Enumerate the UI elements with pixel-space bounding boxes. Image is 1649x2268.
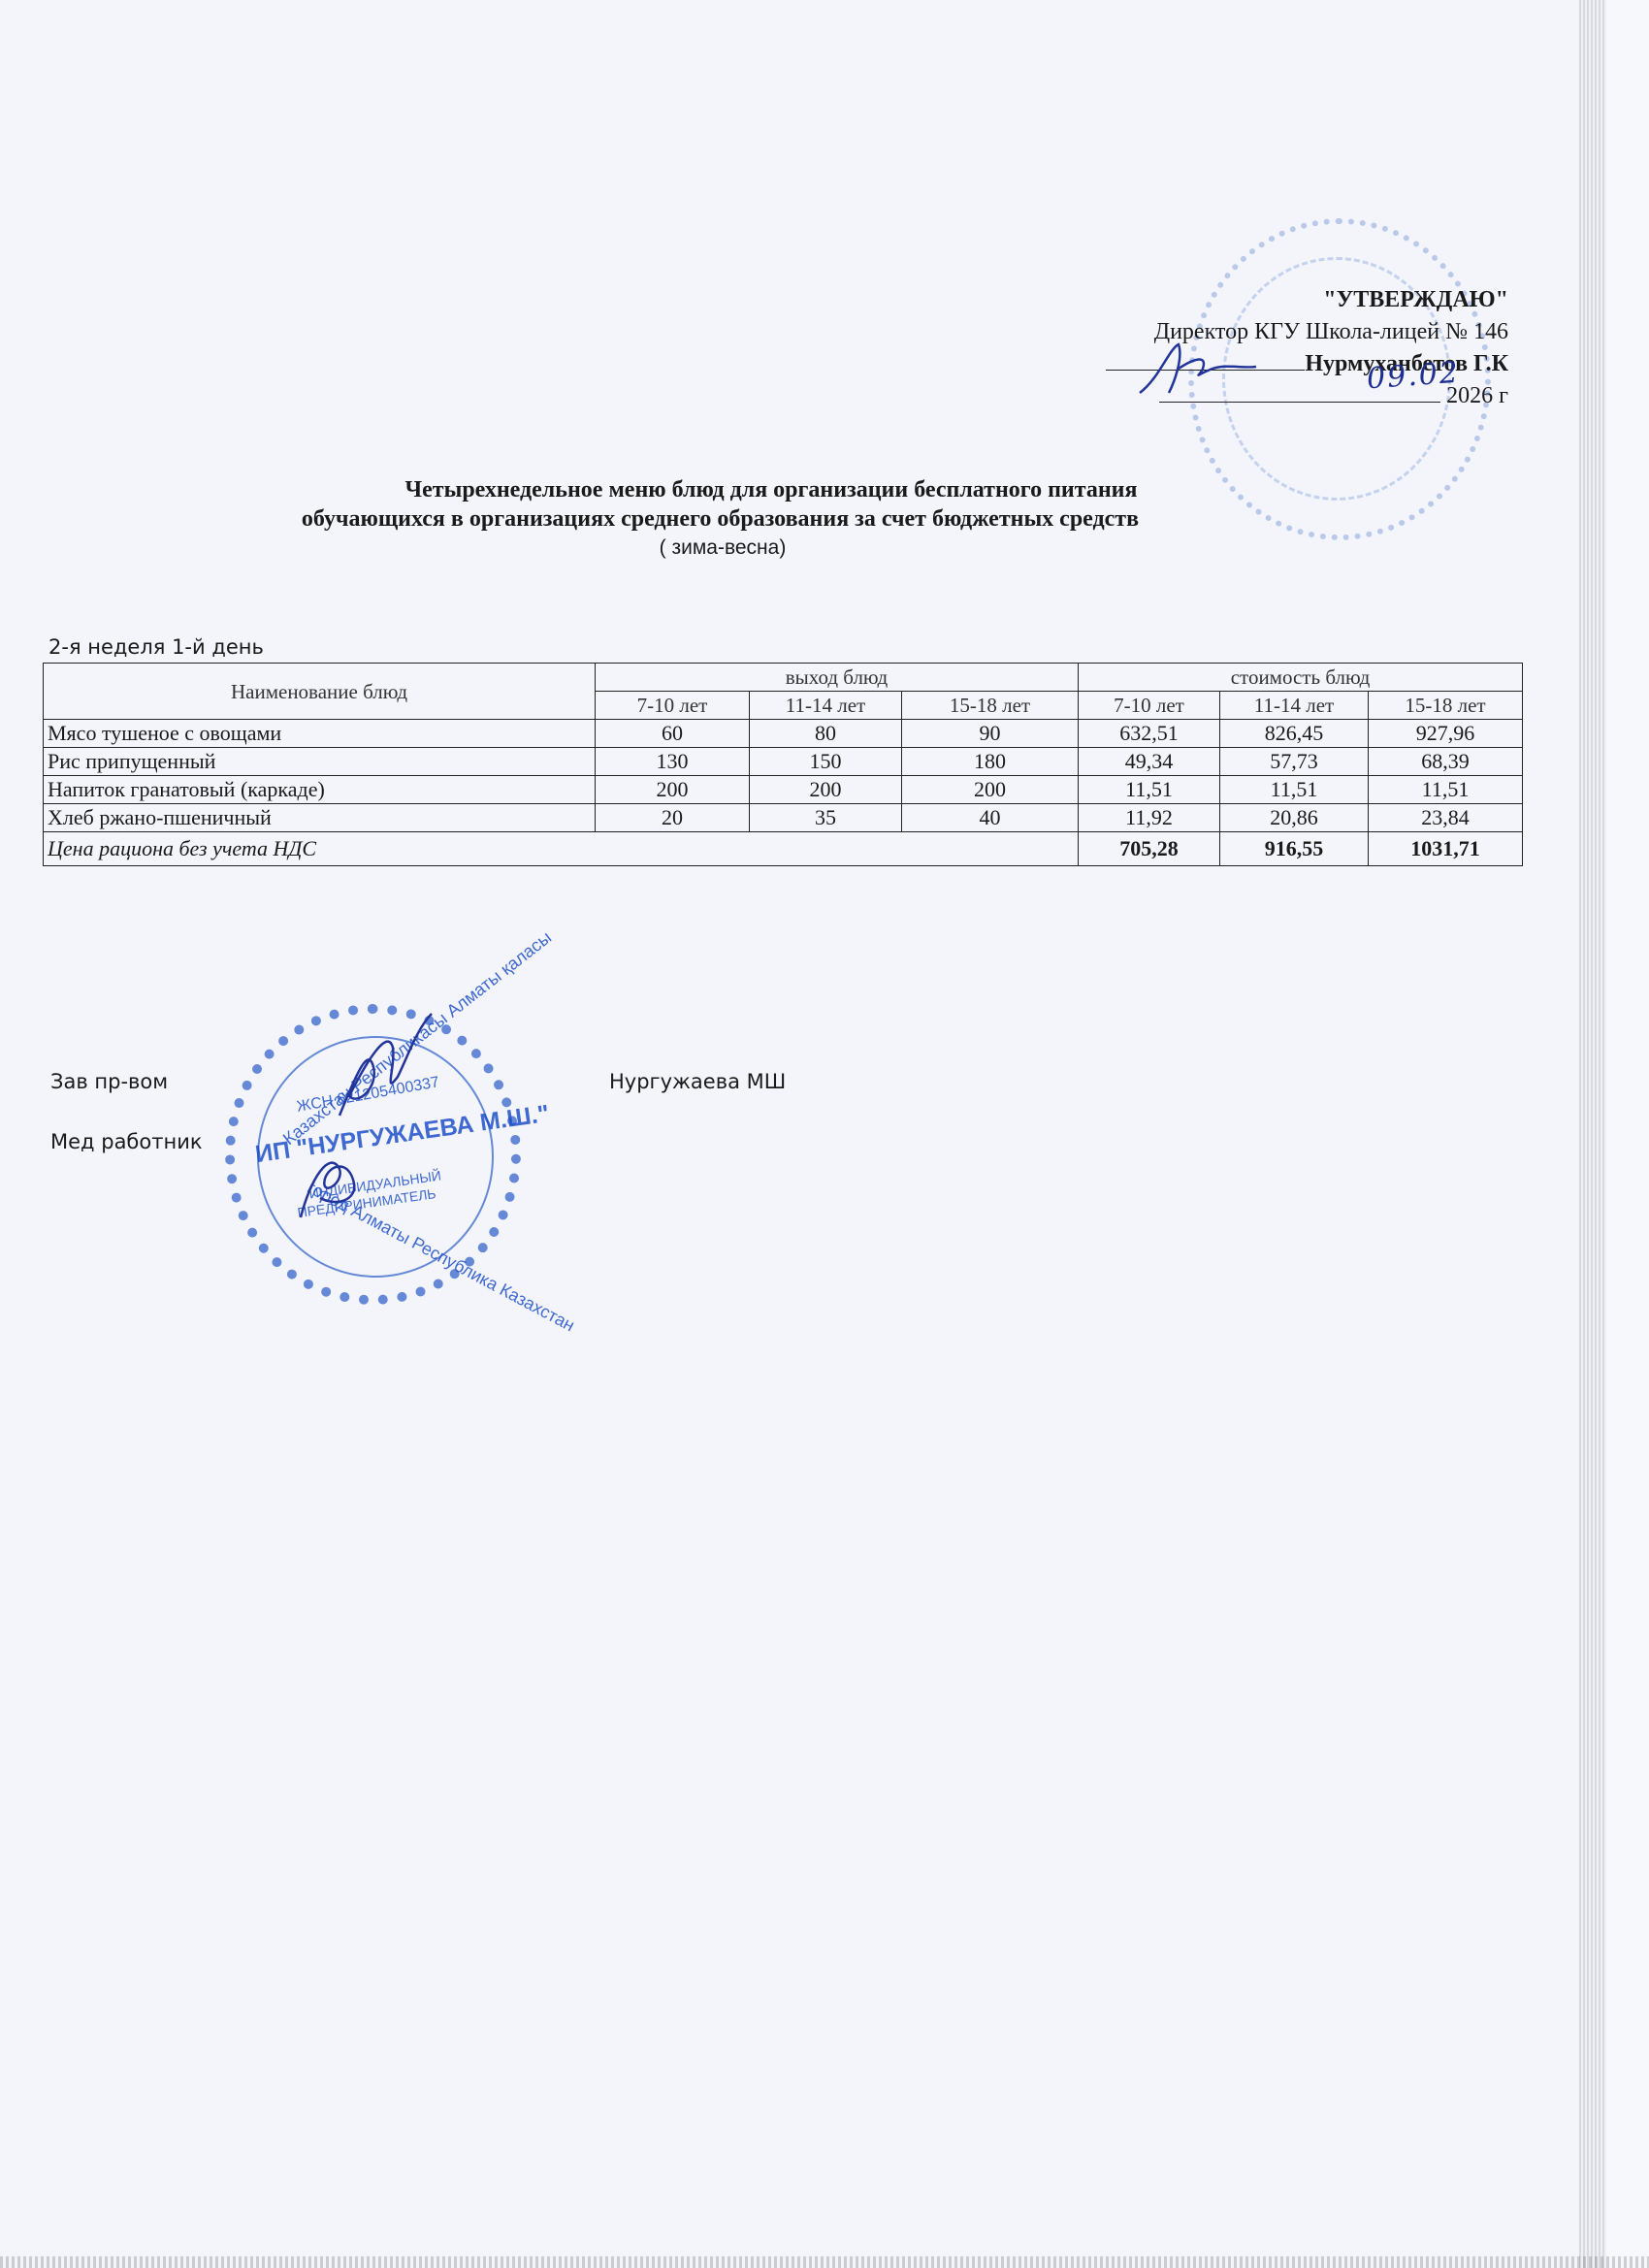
medic-signature-icon <box>291 1140 369 1227</box>
menu-table: Наименование блюд выход блюд стоимость б… <box>43 663 1523 866</box>
yield-cell: 60 <box>596 720 750 748</box>
table-row: Хлеб ржано-пшеничный20354011,9220,8623,8… <box>44 804 1523 832</box>
dish-name: Рис припущенный <box>44 748 596 776</box>
yield-cell: 80 <box>750 720 902 748</box>
yield-cell: 20 <box>596 804 750 832</box>
yield-cell: 200 <box>902 776 1079 804</box>
dish-name: Напиток гранатовый (каркаде) <box>44 776 596 804</box>
manager-signature-icon <box>320 1009 436 1135</box>
season-label: ( зима-весна) <box>0 534 1649 563</box>
cost-cell: 57,73 <box>1220 748 1369 776</box>
cost-cell: 23,84 <box>1369 804 1523 832</box>
title-line-1: Четырехнедельное меню блюд для организац… <box>0 475 1649 504</box>
total-cost-cell: 705,28 <box>1079 832 1220 866</box>
total-cost-cell: 916,55 <box>1220 832 1369 866</box>
document-title: Четырехнедельное меню блюд для организац… <box>0 475 1649 563</box>
table-row: Мясо тушеное с овощами608090632,51826,45… <box>44 720 1523 748</box>
total-cost-cell: 1031,71 <box>1369 832 1523 866</box>
table-row: Напиток гранатовый (каркаде)20020020011,… <box>44 776 1523 804</box>
header-cost-age: 11-14 лет <box>1220 692 1369 720</box>
footer-name-manager: Нургужаева МШ <box>609 1070 786 1093</box>
table-row: Рис припущенный13015018049,3457,7368,39 <box>44 748 1523 776</box>
yield-cell: 130 <box>596 748 750 776</box>
header-yield-age: 15-18 лет <box>902 692 1079 720</box>
yield-cell: 40 <box>902 804 1079 832</box>
yield-cell: 35 <box>750 804 902 832</box>
yield-cell: 180 <box>902 748 1079 776</box>
cost-cell: 49,34 <box>1079 748 1220 776</box>
cost-cell: 11,51 <box>1079 776 1220 804</box>
header-cost: стоимость блюд <box>1079 664 1523 692</box>
cost-cell: 826,45 <box>1220 720 1369 748</box>
footer-role-manager: Зав пр-вом <box>50 1070 168 1093</box>
yield-cell: 200 <box>596 776 750 804</box>
header-yield-age: 7-10 лет <box>596 692 750 720</box>
cost-cell: 11,51 <box>1369 776 1523 804</box>
yield-cell: 90 <box>902 720 1079 748</box>
header-yield-age: 11-14 лет <box>750 692 902 720</box>
dish-name: Хлеб ржано-пшеничный <box>44 804 596 832</box>
scan-shadow <box>1579 0 1606 2268</box>
day-label: 2-я неделя 1-й день <box>48 635 264 659</box>
scan-bottom-edge <box>0 2256 1649 2268</box>
director-signature-icon <box>1135 340 1261 398</box>
footer-role-medic: Мед работник <box>50 1130 203 1153</box>
handwritten-date: 09.02 <box>1366 356 1461 397</box>
scan-edge <box>1606 0 1649 2268</box>
total-label: Цена рациона без учета НДС <box>44 832 1079 866</box>
cost-cell: 927,96 <box>1369 720 1523 748</box>
dish-name: Мясо тушеное с овощами <box>44 720 596 748</box>
total-row: Цена рациона без учета НДС705,28916,5510… <box>44 832 1523 866</box>
cost-cell: 68,39 <box>1369 748 1523 776</box>
header-dish-name: Наименование блюд <box>44 664 596 720</box>
header-cost-age: 15-18 лет <box>1369 692 1523 720</box>
yield-cell: 150 <box>750 748 902 776</box>
cost-cell: 632,51 <box>1079 720 1220 748</box>
header-yield: выход блюд <box>596 664 1079 692</box>
yield-cell: 200 <box>750 776 902 804</box>
cost-cell: 20,86 <box>1220 804 1369 832</box>
approval-title: "УТВЕРЖДАЮ" <box>1106 284 1508 316</box>
cost-cell: 11,92 <box>1079 804 1220 832</box>
title-line-2: обучающихся в организациях среднего обра… <box>0 504 1649 534</box>
cost-cell: 11,51 <box>1220 776 1369 804</box>
header-cost-age: 7-10 лет <box>1079 692 1220 720</box>
